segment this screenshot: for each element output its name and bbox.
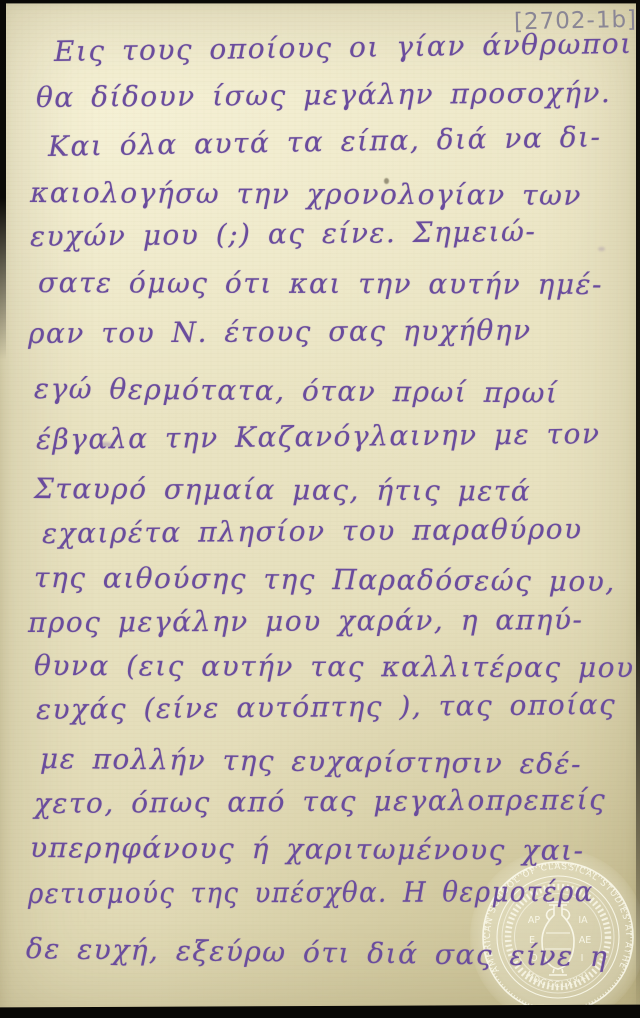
handwritten-line: Σταυρό σημαία μας, ήτις μετά <box>34 475 531 506</box>
scan-edge-left <box>0 0 6 360</box>
handwritten-line: Εις τους οποίους οι γίαν άνθρωποι <box>54 30 633 66</box>
scan-edge-right <box>636 0 640 1018</box>
scan-edge-top <box>0 0 640 4</box>
handwritten-line: της αιθούσης της Παραδόσεώς μου, <box>34 564 616 596</box>
handwritten-line: εχαιρέτα πλησίον του παραθύρου <box>42 515 583 548</box>
handwritten-line: σατε όμως ότι και την αυτήν ημέ- <box>38 269 603 299</box>
handwritten-line: θυνα (εις αυτήν τας καλλιτέρας μου <box>34 652 635 682</box>
handwritten-line: ευχών μου (;) ας είνε. Σημειώ- <box>30 218 537 251</box>
ink-smudge <box>598 247 605 251</box>
handwritten-line: υπερηφάνους ή χαριτωμένους χαι- <box>30 834 585 865</box>
handwritten-line: θα δίδουν ίσως μεγάλην προσοχήν. <box>36 79 612 112</box>
handwritten-line: ρετισμούς της υπέσχθα. Η θερμοτέρα <box>28 878 594 908</box>
svg-text:ΑΡ: ΑΡ <box>528 915 540 926</box>
handwritten-line: ευχάς (είνε αυτόπτης ), τας οποίας <box>36 691 617 724</box>
scan-edge-bottom <box>0 1005 640 1018</box>
handwritten-line: προς μεγάλην μου χαράν, η απηύ- <box>28 606 584 637</box>
handwritten-line: δε ευχή, εξεύρω ότι διά σας είνε η <box>26 935 609 971</box>
handwritten-line: ραν του Ν. έτους σας ηυχήθην <box>28 316 532 348</box>
handwritten-line: χετο, όπως από τας μεγαλοπρεπείς <box>34 786 606 818</box>
handwritten-line: με πολλήν της ευχαρίστησιν εδέ- <box>40 745 582 779</box>
handwritten-line: εγώ θερμότατα, όταν πρωί πρωί <box>34 375 559 408</box>
svg-text:ΙΑ: ΙΑ <box>578 915 588 926</box>
archive-number-note: [2702-1b] <box>514 7 638 36</box>
scanned-letter: [2702-1b] AMERICAN SCHOOL OF CLASSICAL S… <box>0 0 640 1018</box>
handwritten-line: έβγαλα την Καζανόγλαινην με τον <box>36 420 601 454</box>
handwritten-line: καιολογήσω την χρονολογίαν των <box>30 179 582 210</box>
